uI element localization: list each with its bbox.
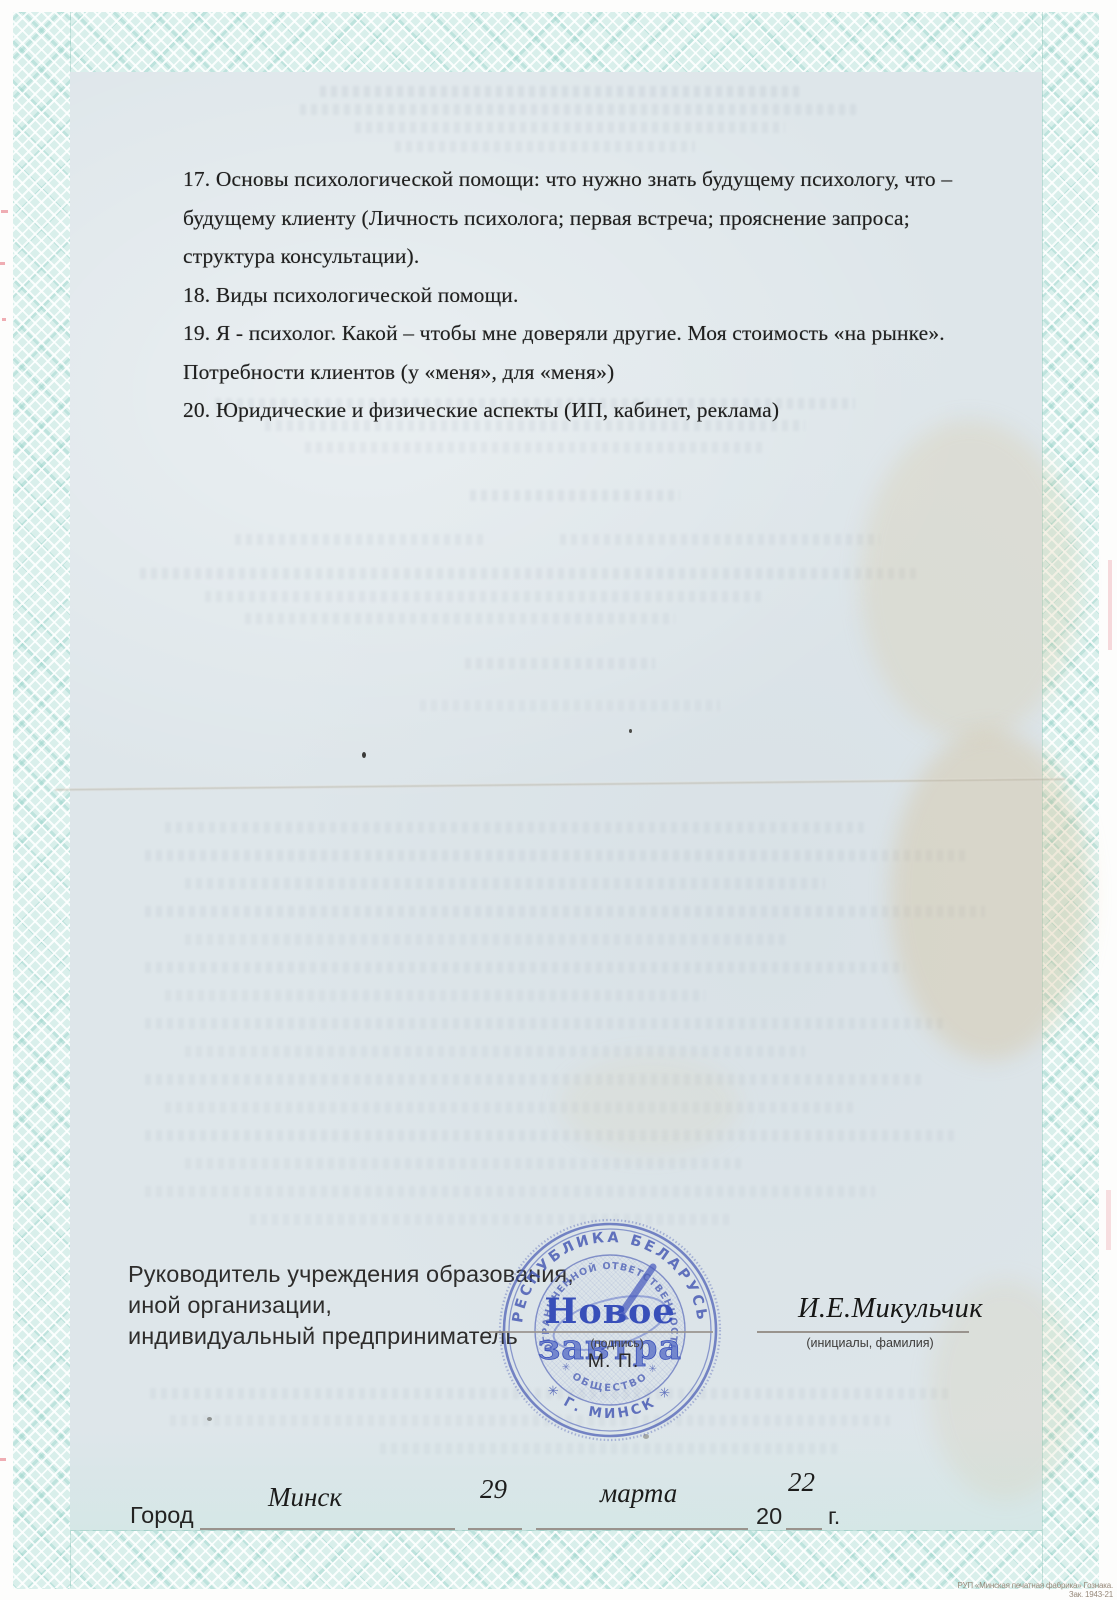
- list-line: Потребности клиентов (у «меня», для «мен…: [183, 353, 1023, 392]
- bleed-through-line: [300, 104, 860, 115]
- city-label: Город: [130, 1502, 194, 1529]
- bleed-through-line: [305, 442, 765, 453]
- organization-stamp: РЕСПУБЛИКА БЕЛАРУСЬ ✳ Г. МИНСК ✳ С ОГРАН…: [497, 1217, 723, 1443]
- scan-edge-mark: [1108, 560, 1112, 650]
- guilloche-border-top: [13, 12, 1098, 73]
- scan-edge-mark: [1106, 1190, 1111, 1250]
- city-fill-line: [200, 1528, 455, 1530]
- bleed-through-line: [235, 534, 485, 545]
- bleed-through-line: [185, 878, 825, 889]
- year-suffix: г.: [828, 1503, 840, 1530]
- list-line: 19. Я - психолог. Какой – чтобы мне дове…: [183, 314, 1023, 353]
- year-prefix: 20: [756, 1503, 782, 1530]
- paper-stain: [560, 1055, 740, 1155]
- name-line: [757, 1331, 969, 1333]
- city-value: Минск: [268, 1482, 342, 1513]
- bleed-through-line: [420, 700, 720, 711]
- scan-edge-mark: [1, 210, 8, 213]
- bleed-through-line: [320, 86, 800, 97]
- ink-speck: [629, 729, 632, 733]
- printing-house-imprint: РУП «Минская печатная фабрика» Гознака. …: [953, 1581, 1113, 1599]
- bleed-through-line: [165, 990, 705, 1001]
- bleed-through-line: [145, 1130, 955, 1141]
- name-caption: (инициалы, фамилия): [805, 1336, 935, 1350]
- scan-edge-mark: [0, 262, 5, 265]
- stamp-graphic: РЕСПУБЛИКА БЕЛАРУСЬ ✳ Г. МИНСК ✳ С ОГРАН…: [497, 1217, 723, 1443]
- bleed-through-line: [145, 1018, 945, 1029]
- bleed-through-line: [185, 1158, 745, 1169]
- day-fill-line: [468, 1528, 522, 1530]
- stamp-center-line1: Новое: [544, 1291, 675, 1332]
- signatory-name: И.Е.Микульчик: [798, 1293, 988, 1325]
- bleed-through-line: [470, 490, 680, 501]
- seal-place-caption: М. П.: [566, 1350, 661, 1373]
- scanned-certificate-page: 17. Основы психологической помощи: что н…: [0, 0, 1117, 1600]
- guilloche-border-bottom: [13, 1530, 1098, 1589]
- scan-edge-mark: [2, 318, 6, 321]
- bleed-through-line: [245, 613, 675, 624]
- bleed-through-line: [205, 591, 765, 602]
- bleed-through-line: [380, 1443, 840, 1454]
- list-line: 17. Основы психологической помощи: что н…: [183, 160, 1023, 199]
- signature-line: [489, 1331, 713, 1333]
- bleed-through-line: [145, 1074, 925, 1085]
- signature-caption: (подпись): [577, 1336, 657, 1350]
- bleed-through-line: [395, 141, 695, 152]
- paper-stain: [860, 420, 1080, 740]
- list-line: структура консультации).: [183, 237, 1023, 276]
- syllabus-list: 17. Основы психологической помощи: что н…: [183, 160, 1023, 430]
- bleed-through-line: [145, 906, 985, 917]
- list-line: будущему клиенту (Личность психолога; пе…: [183, 199, 1023, 238]
- month-fill-line: [536, 1528, 748, 1530]
- guilloche-border-left: [13, 12, 71, 1588]
- bleed-through-line: [465, 658, 655, 669]
- ink-speck: [362, 752, 366, 758]
- bleed-through-line: [560, 534, 880, 545]
- list-line: 20. Юридические и физические аспекты (ИП…: [183, 391, 1023, 430]
- bleed-through-line: [355, 122, 785, 133]
- bleed-through-line: [145, 1186, 875, 1197]
- year-fill-line: [786, 1528, 822, 1530]
- bleed-through-line: [145, 962, 905, 973]
- bleed-through-line: [185, 1046, 805, 1057]
- bleed-through-line: [185, 934, 785, 945]
- bleed-through-line: [140, 568, 920, 579]
- day-value: 29: [480, 1474, 507, 1505]
- bleed-through-line: [165, 822, 865, 833]
- year-value: 22: [788, 1467, 815, 1498]
- scan-edge-mark: [0, 1458, 6, 1461]
- bleed-through-line: [145, 850, 965, 861]
- list-line: 18. Виды психологической помощи.: [183, 276, 1023, 315]
- month-value: марта: [600, 1478, 677, 1509]
- bleed-through-line: [165, 1102, 855, 1113]
- ink-speck: [207, 1417, 212, 1421]
